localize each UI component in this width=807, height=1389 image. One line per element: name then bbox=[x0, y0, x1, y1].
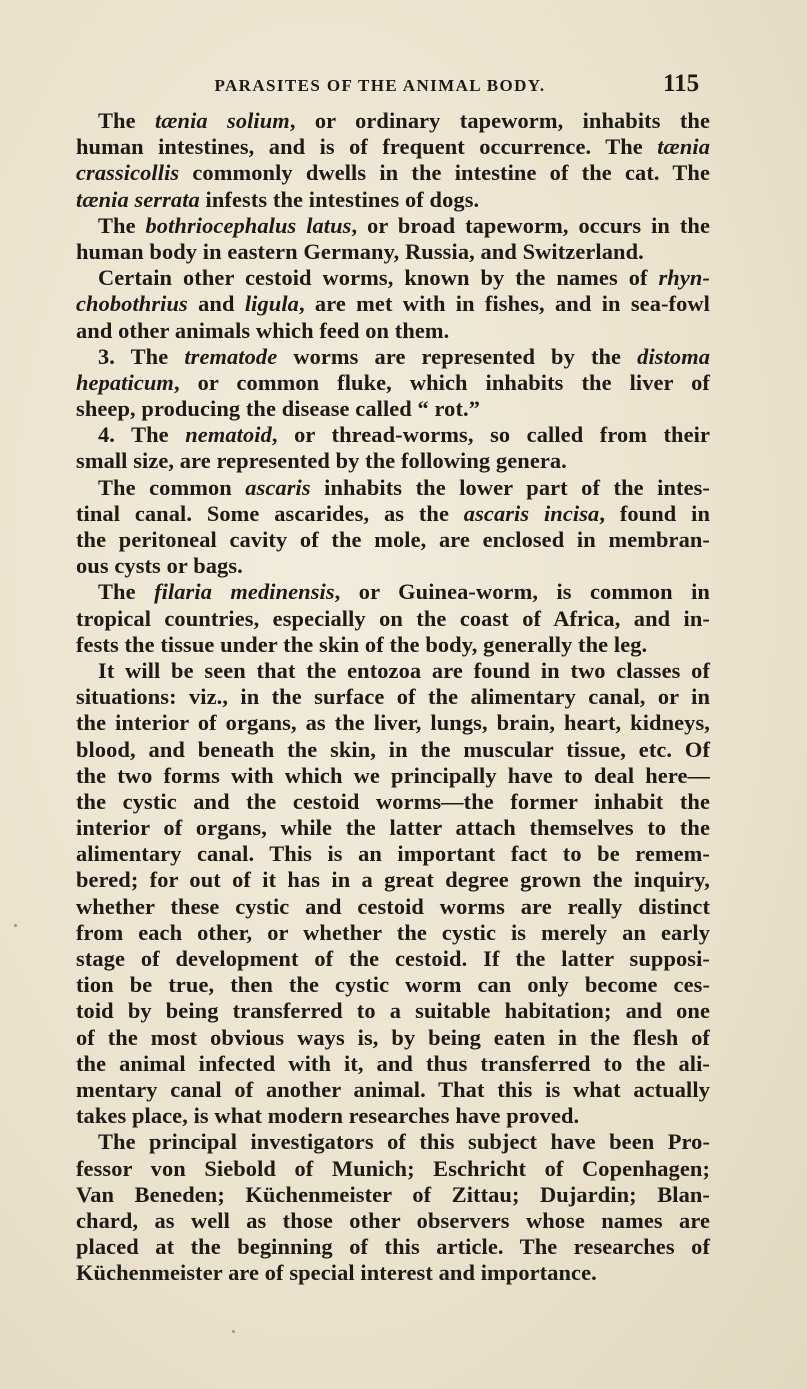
text-line: interior of organs, while the latter att… bbox=[76, 815, 710, 841]
text-line: the two forms with which we principally … bbox=[76, 763, 710, 789]
text-segment: fessor von Siebold of Munich; Eschricht … bbox=[76, 1156, 710, 1181]
text-segment: 4. The bbox=[98, 422, 185, 447]
text-line: blood, and beneath the skin, in the musc… bbox=[76, 737, 710, 763]
body-text: The tænia solium, or ordinary tapeworm, … bbox=[76, 108, 710, 1286]
text-segment: chard, as well as those other observers … bbox=[76, 1208, 710, 1233]
text-line: The principal investigators of this subj… bbox=[76, 1129, 710, 1155]
text-segment: alimentary canal. This is an important f… bbox=[76, 841, 710, 866]
text-line: the animal infected with it, and thus tr… bbox=[76, 1051, 710, 1077]
text-line: stage of development of the cestoid. If … bbox=[76, 946, 710, 972]
text-segment: the peritoneal cavity of the mole, are e… bbox=[76, 527, 710, 552]
text-line: 4. The nematoid, or thread-worms, so cal… bbox=[76, 422, 710, 448]
text-line: whether these cystic and cestoid worms a… bbox=[76, 894, 710, 920]
italic-term: ascaris incisa bbox=[464, 501, 600, 526]
text-line: of the most obvious ways is, by being ea… bbox=[76, 1025, 710, 1051]
text-segment: , found in bbox=[599, 501, 710, 526]
text-segment: of the most obvious ways is, by being ea… bbox=[76, 1025, 710, 1050]
text-segment: the cystic and the cestoid worms—the for… bbox=[76, 789, 710, 814]
text-segment: and other animals which feed on them. bbox=[76, 318, 449, 343]
italic-term: nematoid bbox=[185, 422, 272, 447]
text-segment: The common bbox=[98, 475, 245, 500]
text-line: 3. The trematode worms are represented b… bbox=[76, 344, 710, 370]
text-segment: 3. The bbox=[98, 344, 184, 369]
text-line: tropical countries, especially on the co… bbox=[76, 606, 710, 632]
page-number: 115 bbox=[663, 70, 699, 98]
italic-term: hepaticum bbox=[76, 370, 174, 395]
text-segment: human intestines, and is of frequent occ… bbox=[76, 134, 657, 159]
text-segment: , or broad tapeworm, occurs in the bbox=[352, 213, 711, 238]
text-line: takes place, is what modern researches h… bbox=[76, 1103, 710, 1129]
paper-speck bbox=[232, 1330, 235, 1333]
text-line: ous cysts or bags. bbox=[76, 553, 710, 579]
text-line: human intestines, and is of frequent occ… bbox=[76, 134, 710, 160]
book-page: PARASITES OF THE ANIMAL BODY. 115 The tæ… bbox=[0, 0, 807, 1389]
text-segment: and bbox=[188, 291, 245, 316]
text-segment: It will be seen that the entozoa are fou… bbox=[98, 658, 710, 683]
text-segment: small size, are represented by the follo… bbox=[76, 448, 567, 473]
text-line: bered; for out of it has in a great degr… bbox=[76, 867, 710, 893]
running-head-title: PARASITES OF THE ANIMAL BODY. bbox=[180, 76, 580, 96]
text-segment: Küchenmeister are of special interest an… bbox=[76, 1260, 597, 1285]
italic-term: ascaris bbox=[245, 475, 310, 500]
text-segment: Van Beneden; Küchenmeister of Zittau; Du… bbox=[76, 1182, 710, 1207]
text-segment: worms are represented by the bbox=[277, 344, 637, 369]
text-segment: , or ordinary tapeworm, inhabits the bbox=[290, 108, 710, 133]
text-line: from each other, or whether the cystic i… bbox=[76, 920, 710, 946]
italic-term: bothriocephalus latus bbox=[146, 213, 352, 238]
text-line: alimentary canal. This is an important f… bbox=[76, 841, 710, 867]
paper-speck bbox=[14, 924, 17, 927]
italic-term: rhyn- bbox=[658, 265, 710, 290]
text-segment: whether these cystic and cestoid worms a… bbox=[76, 894, 710, 919]
text-segment: The bbox=[98, 108, 155, 133]
text-line: small size, are represented by the follo… bbox=[76, 448, 710, 474]
text-segment: , or common fluke, which inhabits the li… bbox=[174, 370, 710, 395]
italic-term: tænia serrata bbox=[76, 187, 200, 212]
text-line: The tænia solium, or ordinary tapeworm, … bbox=[76, 108, 710, 134]
text-segment: , or thread-worms, so called from their bbox=[272, 422, 710, 447]
text-segment: human body in eastern Germany, Russia, a… bbox=[76, 239, 644, 264]
text-segment: fests the tissue under the skin of the b… bbox=[76, 632, 647, 657]
text-line: fests the tissue under the skin of the b… bbox=[76, 632, 710, 658]
text-line: crassicollis commonly dwells in the inte… bbox=[76, 160, 710, 186]
text-segment: , are met with in fishes, and in sea-fow… bbox=[299, 291, 710, 316]
italic-term: distoma bbox=[637, 344, 710, 369]
italic-term: trematode bbox=[184, 344, 277, 369]
text-line: the cystic and the cestoid worms—the for… bbox=[76, 789, 710, 815]
text-segment: toid by being transferred to a suitable … bbox=[76, 998, 710, 1023]
italic-term: ligula bbox=[245, 291, 299, 316]
text-line: Certain other cestoid worms, known by th… bbox=[76, 265, 710, 291]
text-segment: , or Guinea-worm, is common in bbox=[335, 579, 710, 604]
text-line: chard, as well as those other observers … bbox=[76, 1208, 710, 1234]
italic-term: tænia solium bbox=[155, 108, 290, 133]
text-segment: takes place, is what modern researches h… bbox=[76, 1103, 579, 1128]
text-line: situations: viz., in the surface of the … bbox=[76, 684, 710, 710]
running-head: PARASITES OF THE ANIMAL BODY. 115 bbox=[0, 72, 807, 104]
text-segment: the animal infected with it, and thus tr… bbox=[76, 1051, 710, 1076]
text-segment: situations: viz., in the surface of the … bbox=[76, 684, 710, 709]
text-segment: bered; for out of it has in a great degr… bbox=[76, 867, 710, 892]
text-segment: infests the intestines of dogs. bbox=[200, 187, 479, 212]
text-line: The bothriocephalus latus, or broad tape… bbox=[76, 213, 710, 239]
text-line: the peritoneal cavity of the mole, are e… bbox=[76, 527, 710, 553]
text-line: hepaticum, or common fluke, which inhabi… bbox=[76, 370, 710, 396]
text-line: sheep, producing the disease called “ ro… bbox=[76, 396, 710, 422]
text-segment: from each other, or whether the cystic i… bbox=[76, 920, 710, 945]
text-line: placed at the beginning of this article.… bbox=[76, 1234, 710, 1260]
text-line: tinal canal. Some ascarides, as the asca… bbox=[76, 501, 710, 527]
text-line: tion be true, then the cystic worm can o… bbox=[76, 972, 710, 998]
italic-term: chobothrius bbox=[76, 291, 188, 316]
text-segment: the interior of organs, as the liver, lu… bbox=[76, 710, 710, 735]
text-segment: blood, and beneath the skin, in the musc… bbox=[76, 737, 710, 762]
text-segment: tion be true, then the cystic worm can o… bbox=[76, 972, 710, 997]
text-line: fessor von Siebold of Munich; Eschricht … bbox=[76, 1156, 710, 1182]
text-segment: the two forms with which we principally … bbox=[76, 763, 710, 788]
italic-term: filaria medinensis bbox=[154, 579, 335, 604]
text-line: human body in eastern Germany, Russia, a… bbox=[76, 239, 710, 265]
text-segment: ous cysts or bags. bbox=[76, 553, 243, 578]
text-segment: The bbox=[98, 213, 146, 238]
text-segment: The bbox=[98, 579, 154, 604]
text-segment: inhabits the lower part of the intes- bbox=[311, 475, 710, 500]
text-segment: tinal canal. Some ascarides, as the bbox=[76, 501, 464, 526]
text-line: Van Beneden; Küchenmeister of Zittau; Du… bbox=[76, 1182, 710, 1208]
text-segment: mentary canal of another animal. That th… bbox=[76, 1077, 710, 1102]
text-line: chobothrius and ligula, are met with in … bbox=[76, 291, 710, 317]
text-segment: The principal investigators of this subj… bbox=[98, 1129, 710, 1154]
text-segment: stage of development of the cestoid. If … bbox=[76, 946, 710, 971]
text-line: The common ascaris inhabits the lower pa… bbox=[76, 475, 710, 501]
italic-term: tænia bbox=[657, 134, 710, 159]
text-line: It will be seen that the entozoa are fou… bbox=[76, 658, 710, 684]
text-segment: Certain other cestoid worms, known by th… bbox=[98, 265, 658, 290]
italic-term: crassicollis bbox=[76, 160, 179, 185]
text-segment: interior of organs, while the latter att… bbox=[76, 815, 710, 840]
text-line: toid by being transferred to a suitable … bbox=[76, 998, 710, 1024]
text-line: tænia serrata infests the intestines of … bbox=[76, 187, 710, 213]
text-line: and other animals which feed on them. bbox=[76, 318, 710, 344]
text-line: Küchenmeister are of special interest an… bbox=[76, 1260, 710, 1286]
text-line: The filaria medinensis, or Guinea-worm, … bbox=[76, 579, 710, 605]
text-line: the interior of organs, as the liver, lu… bbox=[76, 710, 710, 736]
text-segment: sheep, producing the disease called “ ro… bbox=[76, 396, 480, 421]
text-line: mentary canal of another animal. That th… bbox=[76, 1077, 710, 1103]
text-segment: tropical countries, especially on the co… bbox=[76, 606, 710, 631]
text-segment: commonly dwells in the intestine of the … bbox=[179, 160, 710, 185]
text-segment: placed at the beginning of this article.… bbox=[76, 1234, 710, 1259]
